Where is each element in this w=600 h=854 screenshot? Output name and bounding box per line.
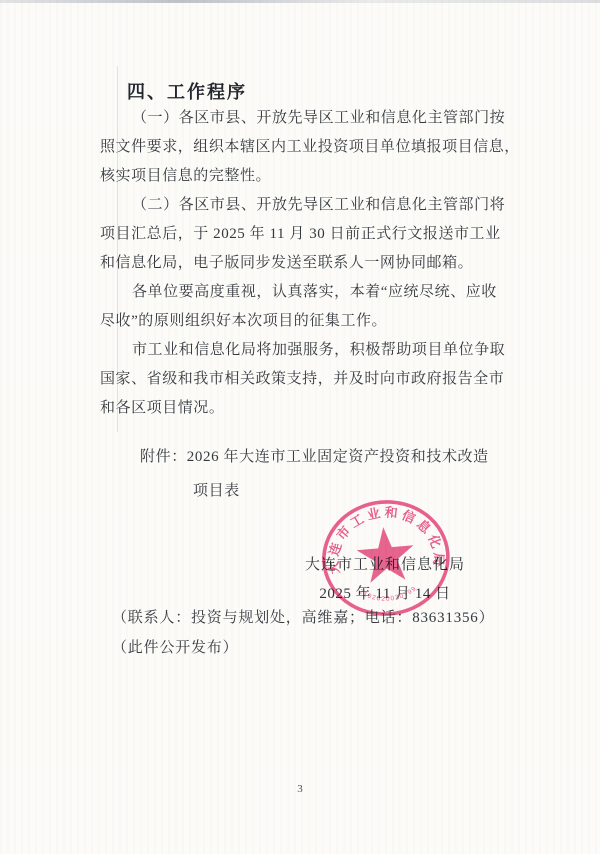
section-title: 四、工作程序	[127, 78, 247, 104]
body-line: 国家、省级和我市相关政策支持，并及时向市政府报告全市	[100, 365, 530, 394]
body-line: 和各区项目情况。	[100, 394, 530, 423]
scan-top-edge	[0, 0, 600, 3]
body-line: 各单位要高度重视，认真落实，本着“应统尽统、应收	[100, 278, 530, 307]
body-line: 和信息化局，电子版同步发送至联系人一网协同邮箱。	[100, 249, 530, 278]
document-page: 四、工作程序 （一）各区市县、开放先导区工业和信息化主管部门按 照文件要求，组织…	[0, 0, 600, 854]
contact-note: （联系人：投资与规划处，高维嘉；电话：83631356）	[112, 603, 494, 633]
attachment-line: 附件：2026 年大连市工业固定资产投资和技术改造	[140, 440, 489, 474]
body-line: 照文件要求，组织本辖区内工业投资项目单位填报项目信息，	[100, 133, 530, 162]
body-line: （二）各区市县、开放先导区工业和信息化主管部门将	[100, 191, 530, 220]
seal-star-icon	[355, 525, 417, 584]
body-line: 项目汇总后，于 2025 年 11 月 30 日前正式行文报送市工业	[100, 220, 530, 249]
body-line: （一）各区市县、开放先导区工业和信息化主管部门按	[100, 104, 530, 133]
body-line: 核实项目信息的完整性。	[100, 162, 530, 191]
body-line: 市工业和信息化局将加强服务，积极帮助项目单位争取	[100, 336, 530, 365]
public-release-note: （此件公开发布）	[112, 633, 494, 663]
body-line: 尽收”的原则组织好本次项目的征集工作。	[100, 307, 530, 336]
page-number: 3	[0, 783, 600, 795]
body-text: （一）各区市县、开放先导区工业和信息化主管部门按 照文件要求，组织本辖区内工业投…	[100, 104, 530, 423]
footer-notes: （联系人：投资与规划处，高维嘉；电话：83631356） （此件公开发布）	[112, 603, 494, 663]
